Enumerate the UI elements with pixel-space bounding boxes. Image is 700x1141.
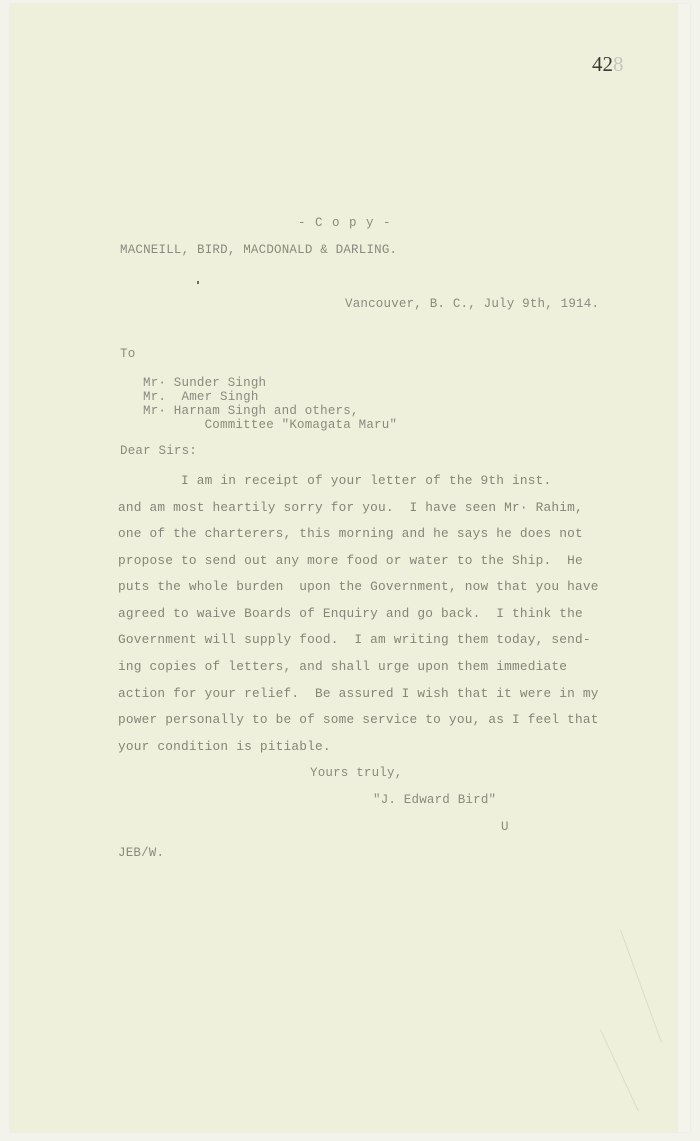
to-label: To bbox=[120, 347, 135, 361]
body-line: agreed to waive Boards of Enquiry and go… bbox=[118, 606, 583, 621]
firm-name: MACNEILL, BIRD, MACDONALD & DARLING. bbox=[120, 243, 397, 257]
closing: Yours truly, bbox=[310, 766, 402, 780]
body-line: Government will supply food. I am writin… bbox=[118, 632, 591, 647]
page-number-faint: 8 bbox=[613, 52, 624, 76]
greeting: Dear Sirs: bbox=[120, 444, 197, 458]
addressee-line: Mr· Harnam Singh and others, bbox=[143, 404, 359, 418]
signature: "J. Edward Bird" bbox=[373, 793, 496, 807]
initials: JEB/W. bbox=[118, 846, 164, 860]
body-line: propose to send out any more food or wat… bbox=[118, 553, 583, 568]
place-date: Vancouver, B. C., July 9th, 1914. bbox=[345, 297, 599, 311]
copy-label: - C o p y - bbox=[298, 216, 392, 230]
document-page bbox=[10, 4, 690, 1132]
addressee-line: Committee "Komagata Maru" bbox=[143, 418, 397, 432]
body-line: I am in receipt of your letter of the 9t… bbox=[118, 473, 551, 488]
body-line: your condition is pitiable. bbox=[118, 739, 331, 754]
addressee-line: Mr· Sunder Singh bbox=[143, 376, 266, 390]
body-line: puts the whole burden upon the Governmen… bbox=[118, 579, 599, 594]
mark: U bbox=[501, 820, 509, 834]
body-line: and am most heartily sorry for you. I ha… bbox=[118, 500, 583, 515]
page-number-main: 42 bbox=[592, 52, 613, 76]
addressee-line: Mr. Amer Singh bbox=[143, 390, 259, 404]
page-edge bbox=[678, 4, 690, 1132]
body-line: action for your relief. Be assured I wis… bbox=[118, 686, 599, 701]
body-line: power personally to be of some service t… bbox=[118, 712, 599, 727]
body-line: ing copies of letters, and shall urge up… bbox=[118, 659, 567, 674]
body-line: one of the charterers, this morning and … bbox=[118, 526, 583, 541]
ink-dot bbox=[197, 281, 199, 284]
page-number: 428 bbox=[592, 52, 624, 77]
